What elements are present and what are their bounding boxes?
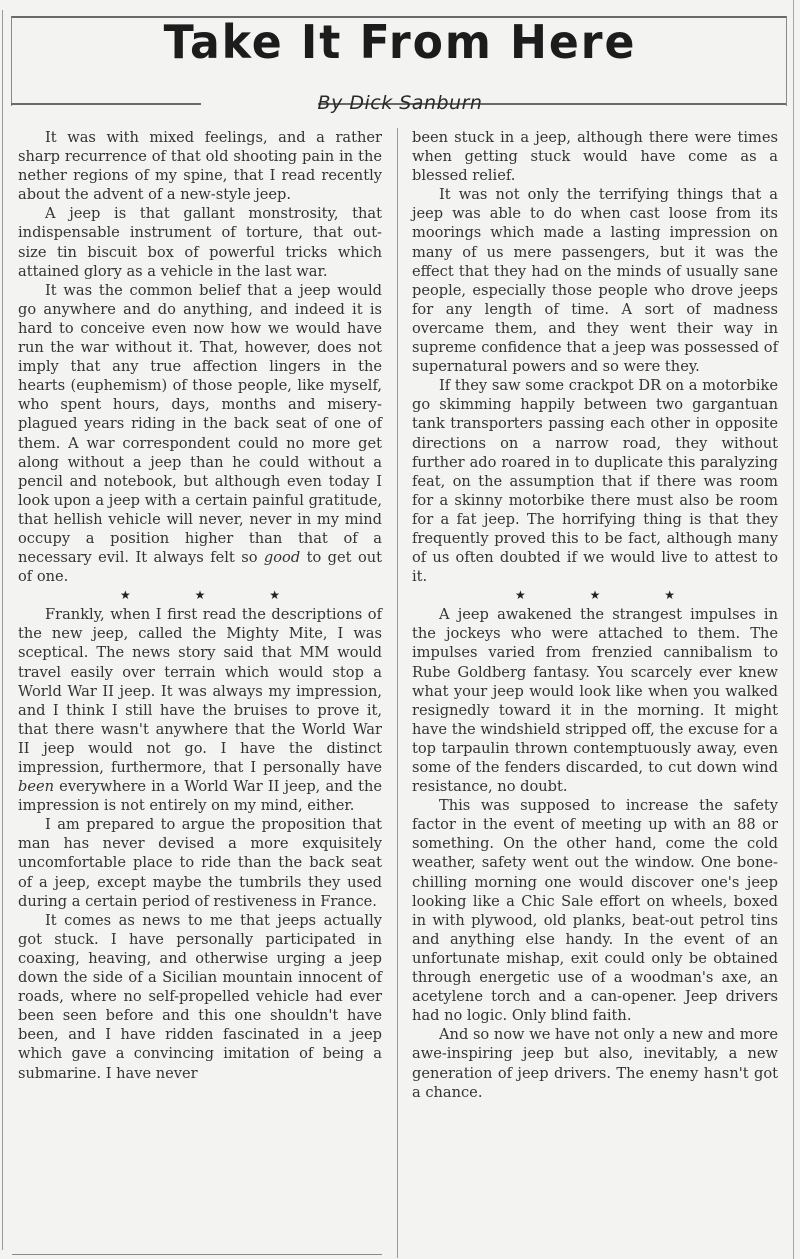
article-column-left: It was with mixed feelings, and a rather… <box>18 128 382 1083</box>
paragraph: A jeep is that gallant monstrosity, that… <box>18 204 382 280</box>
paragraph: been stuck in a jeep, although there wer… <box>412 128 778 185</box>
paragraph: Frankly, when I first read the descrip­t… <box>18 605 382 815</box>
column-divider <box>397 128 398 1258</box>
emphasis: good <box>264 549 300 566</box>
paragraph: A jeep awakened the strangest im­pulses … <box>412 605 778 796</box>
paragraph: It comes as news to me that jeeps actual… <box>18 911 382 1083</box>
headline: Take It From Here <box>16 15 784 69</box>
section-separator-stars: ★ ★ ★ <box>18 586 382 605</box>
paragraph-text: everywhere in a World War II jeep, and t… <box>18 778 382 814</box>
section-separator-stars: ★ ★ ★ <box>412 586 778 605</box>
newspaper-clipping: Take It From Here By Dick Sanburn It was… <box>0 0 800 1259</box>
paragraph: It was the common belief that a jeep wou… <box>18 281 382 587</box>
left-border-rule <box>2 10 3 1250</box>
byline: By Dick Sanburn <box>0 92 800 114</box>
emphasis: been <box>18 778 54 795</box>
right-border-rule <box>793 0 794 1259</box>
paragraph: If they saw some crackpot DR on a motorb… <box>412 376 778 586</box>
paragraph-text: Frankly, when I first read the descrip­t… <box>18 606 382 776</box>
paragraph: This was supposed to increase the safety… <box>412 796 778 1025</box>
paragraph: And so now we have not only a new and mo… <box>412 1025 778 1101</box>
paragraph: It was with mixed feelings, and a rather… <box>18 128 382 204</box>
article-column-right: been stuck in a jeep, although there wer… <box>412 128 778 1102</box>
paragraph-text: It was the common belief that a jeep wou… <box>18 282 382 566</box>
paragraph: It was not only the terrifying things th… <box>412 185 778 376</box>
bottom-border-rule <box>12 1254 382 1255</box>
paragraph: I am prepared to argue the proposi­tion … <box>18 815 382 910</box>
